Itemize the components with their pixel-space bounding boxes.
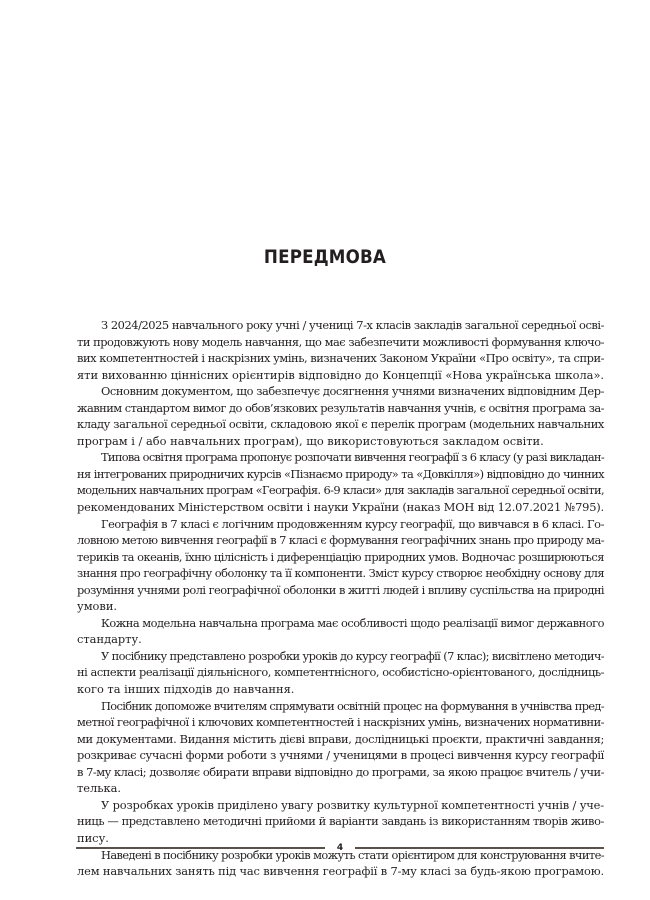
- paragraph: Основним документом, що забезпечує досяг…: [77, 383, 604, 449]
- text-line: териків та океанів, їхню цілісність і ди…: [77, 549, 604, 566]
- page-title: ПЕРЕДМОВА: [39, 246, 611, 268]
- text-line: розуміння учнями ролі географічної оболо…: [77, 582, 604, 599]
- text-line: вих компетентностей і наскрізних умінь, …: [77, 350, 604, 367]
- footer-rule-left: [76, 847, 325, 849]
- text-line: Посібник допоможе вчителям спрямувати ос…: [77, 698, 604, 715]
- text-line: ловною метою вивчення географії в 7 клас…: [77, 532, 604, 549]
- text-line: рекомендованих Міністерством освіти і на…: [77, 499, 604, 516]
- text-line: стандарту.: [77, 631, 604, 648]
- paragraph: Типова освітня програма пропонує розпоча…: [77, 449, 604, 515]
- text-line: розкриває сучасні форми роботи з учнями …: [77, 747, 604, 764]
- text-line: Географія в 7 класі є логічним продовжен…: [77, 516, 604, 533]
- text-line: ниць — представлено методичні прийоми й …: [77, 813, 604, 830]
- text-line: умови.: [77, 598, 604, 615]
- text-line: Основним документом, що забезпечує досяг…: [77, 383, 604, 400]
- text-line: У посібнику представлено розробки уроків…: [77, 648, 604, 665]
- text-line: метної географічної і ключових компетент…: [77, 714, 604, 731]
- text-line: лем навчальних занять під час вивчення г…: [77, 863, 604, 880]
- text-line: З 2024/2025 навчального року учні / учен…: [77, 317, 604, 334]
- text-line: знання про географічну оболонку та її ко…: [77, 565, 604, 582]
- text-line: кладу загальної середньої освіти, складо…: [77, 416, 604, 433]
- text-line: ні аспекти реалізації діяльнісного, комп…: [77, 664, 604, 681]
- paragraph: Географія в 7 класі є логічним продовжен…: [77, 516, 604, 615]
- paragraph: Посібник допоможе вчителям спрямувати ос…: [77, 698, 604, 797]
- paragraph: У розробках уроків приділено увагу розви…: [77, 797, 604, 847]
- text-line: ми документами. Видання містить дієві вп…: [77, 731, 604, 748]
- text-line: телька.: [77, 780, 604, 797]
- footer-rule-right: [355, 847, 604, 849]
- paragraph: У посібнику представлено розробки уроків…: [77, 648, 604, 698]
- paragraph: З 2024/2025 навчального року учні / учен…: [77, 317, 604, 383]
- paragraph: Кожна модельна навчальна програма має ос…: [77, 615, 604, 648]
- text-line: програм і / або навчальних програм), що …: [77, 433, 604, 450]
- text-line: Кожна модельна навчальна програма має ос…: [77, 615, 604, 632]
- text-line: модельних навчальних програм «Географія.…: [77, 482, 604, 499]
- text-line: Типова освітня програма пропонує розпоча…: [77, 449, 604, 466]
- preface-body: З 2024/2025 навчального року учні / учен…: [77, 317, 604, 880]
- text-line: в 7-му класі; дозволяє обирати вправи ві…: [77, 764, 604, 781]
- page-footer: 4: [76, 842, 604, 854]
- text-line: ня інтегрованих природничих курсів «Пізн…: [77, 466, 604, 483]
- page-number: 4: [325, 843, 355, 853]
- text-line: жавним стандартом вимог до обов’язкових …: [77, 400, 604, 417]
- text-line: У розробках уроків приділено увагу розви…: [77, 797, 604, 814]
- text-line: ти продовжують нову модель навчання, що …: [77, 334, 604, 351]
- text-line: яти вихованню ціннісних орієнтирів відпо…: [77, 367, 604, 384]
- text-line: кого та інших підходів до навчання.: [77, 681, 604, 698]
